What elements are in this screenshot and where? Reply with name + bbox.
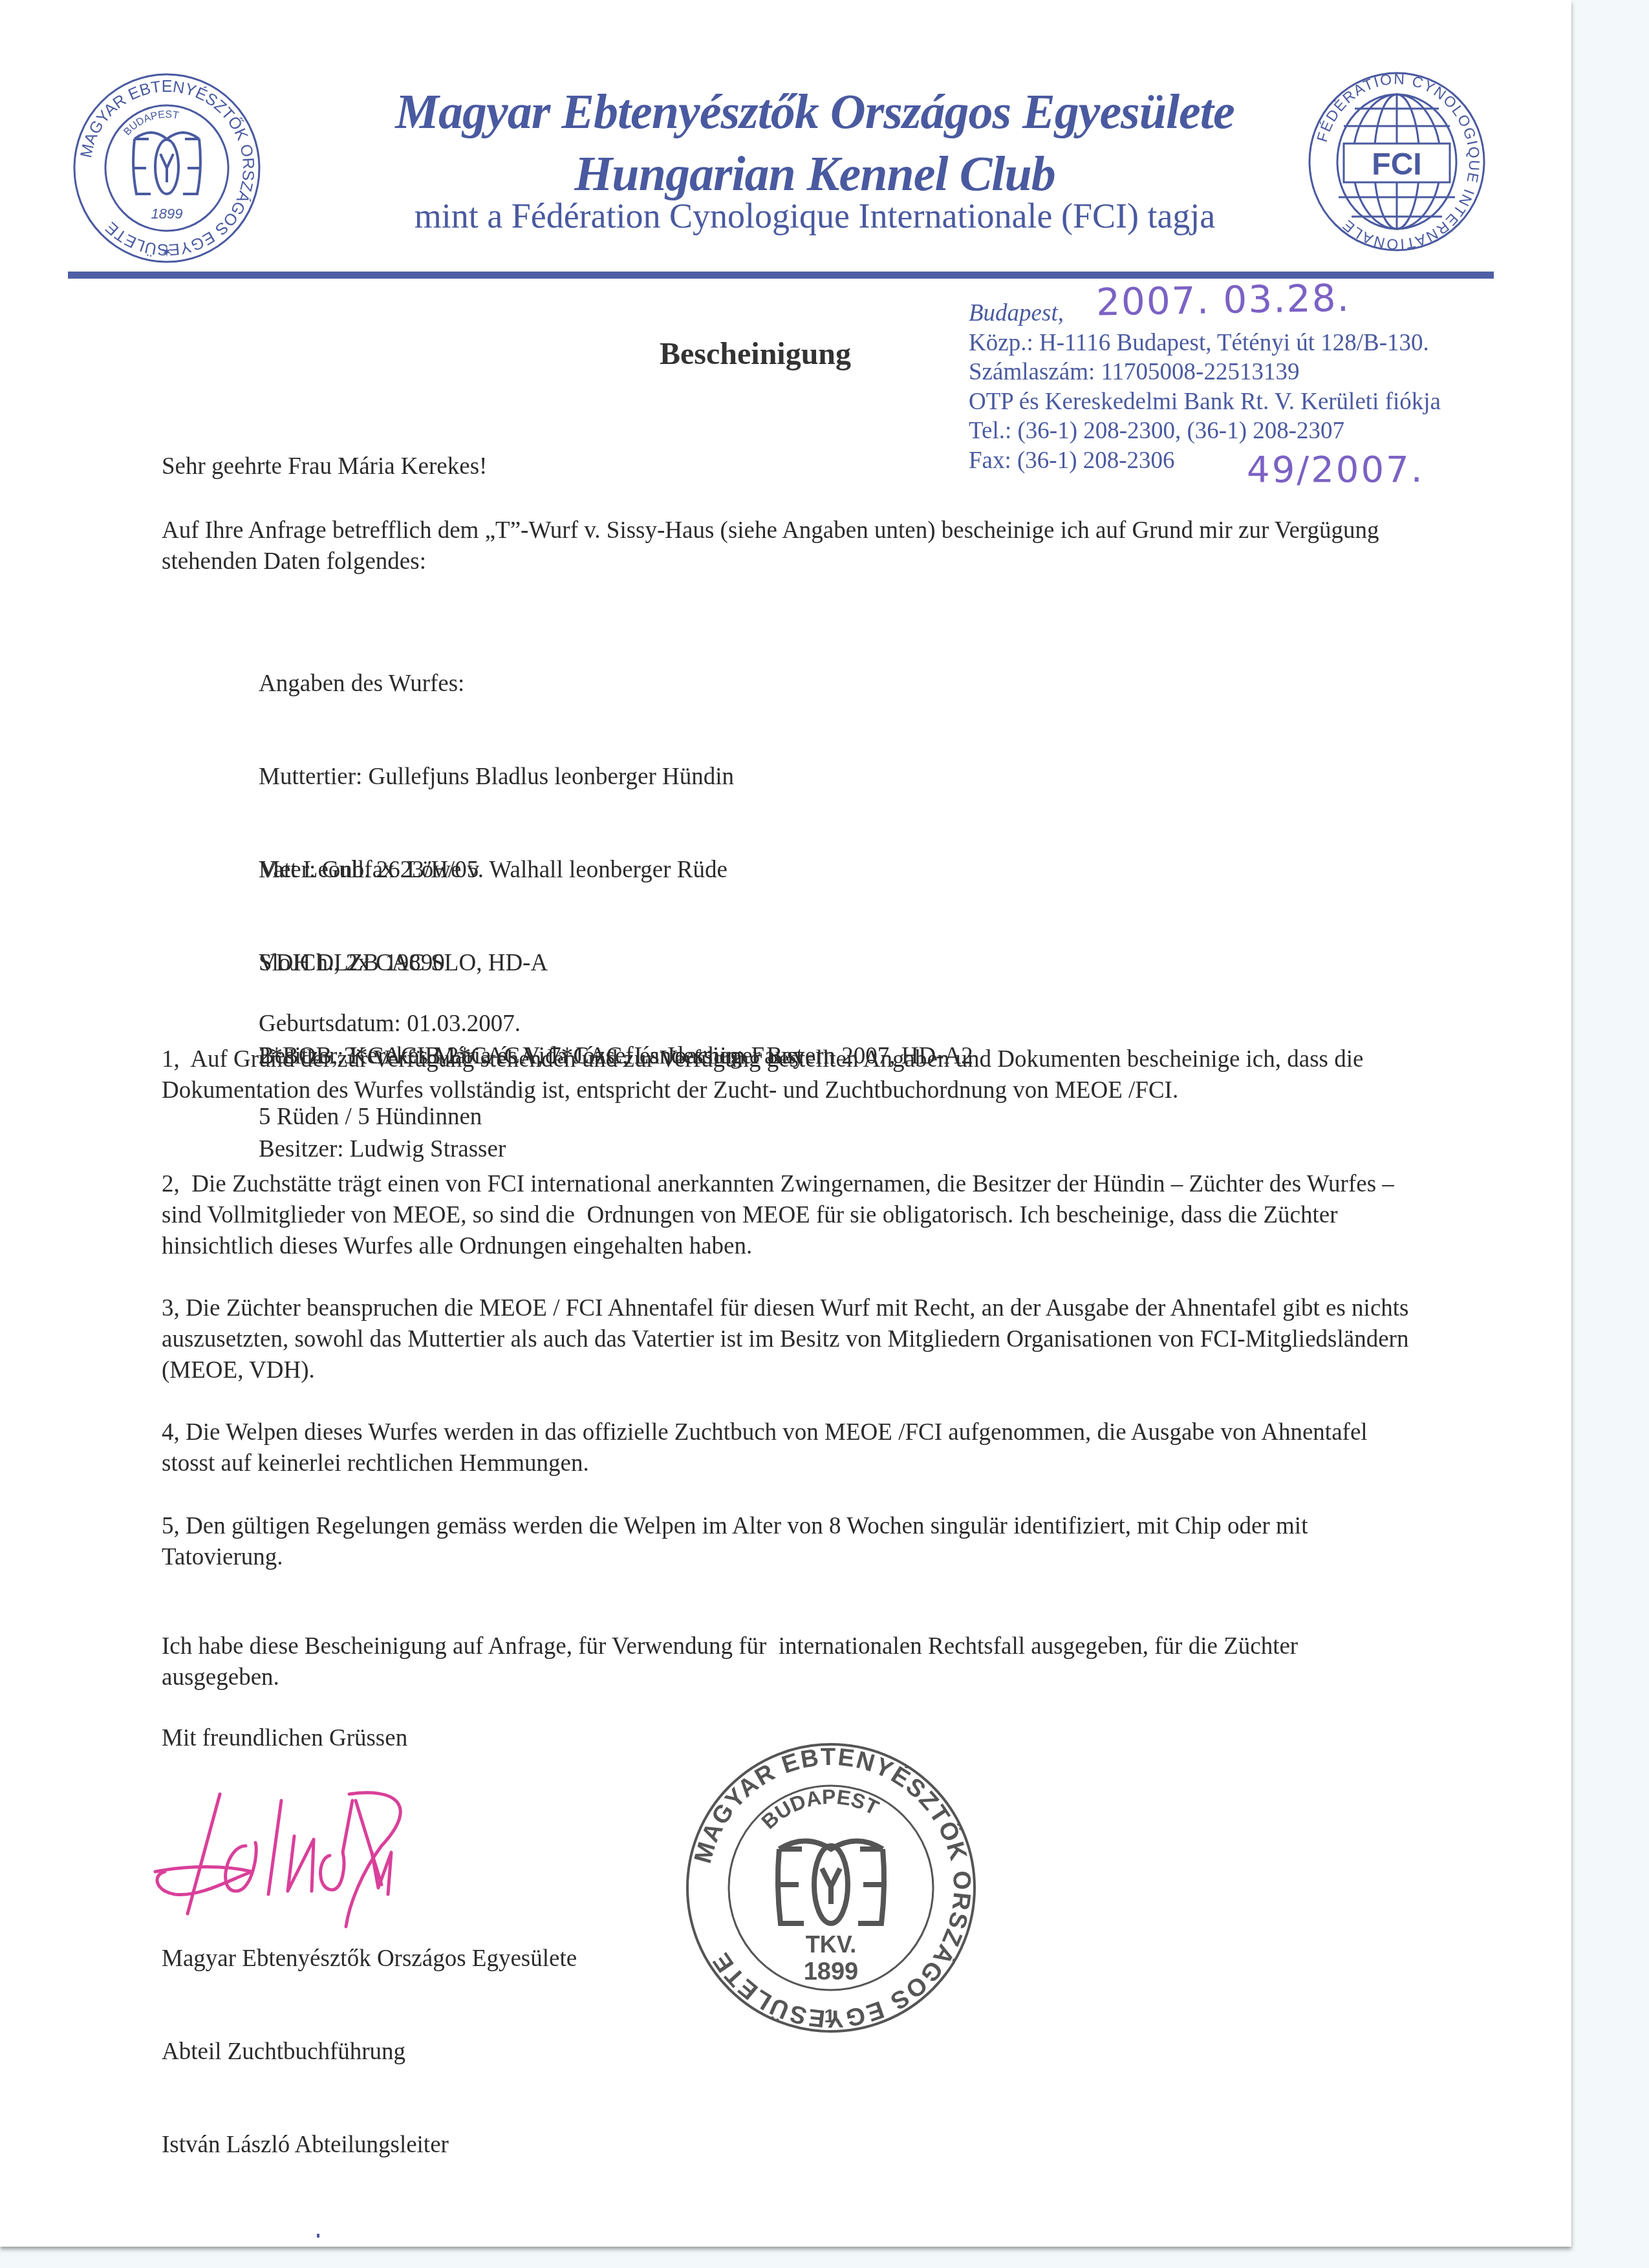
document-title: Bescheinigung (660, 336, 851, 372)
dam-name: Muttertier: Gullefjuns Bladlus leonberge… (259, 762, 1293, 793)
document-page: MAGYAR EBTENYÉSZTŐK ORSZÁGOS EGYESÜLETE … (0, 0, 1571, 2247)
svg-text:✶: ✶ (161, 244, 173, 260)
litter-heading: Angaben des Wurfes: (259, 669, 1293, 700)
signature-icon (149, 1775, 511, 1943)
closing-paragraph: Ich habe diese Bescheinigung auf Anfrage… (162, 1631, 1416, 1693)
intro-paragraph: Auf Ihre Anfrage betrefflich dem „T”-Wur… (162, 515, 1416, 577)
svg-text:FCI: FCI (1372, 147, 1421, 182)
salutation: Sehr geehrte Frau Mária Kerekes! (162, 451, 487, 482)
fci-globe-icon: FÉDÉRATION CYNOLOGIQUE INTERNATIONALE FC… (1306, 71, 1487, 252)
svg-text:TKV.: TKV. (806, 1931, 857, 1958)
handwritten-reference: 49/2007. (1247, 449, 1424, 491)
svg-text:1.: 1. (824, 2006, 840, 2027)
svg-text:1899: 1899 (151, 206, 183, 222)
signer-organization: Magyar Ebtenyésztők Országos Egyesülete (162, 1943, 577, 1974)
signer-department: Abteil Zuchtbuchführung (162, 2037, 577, 2068)
org-name-block: Magyar Ebtenyésztők Országos Egyesülete … (297, 81, 1332, 205)
birth-date: Geburtsdatum: 01.03.2007. (259, 1009, 1293, 1040)
contact-city: Budapest, (969, 299, 1441, 328)
scan-artifact (317, 2234, 319, 2238)
statement-item-3: 3, Die Züchter beanspruchen die MEOE / F… (162, 1293, 1416, 1386)
org-name-hu: Magyar Ebtenyésztők Országos Egyesülete (297, 81, 1332, 143)
contact-address: Közp.: H-1116 Budapest, Tétényi út 128/B… (969, 328, 1441, 358)
statement-item-1: 1, Auf Grund der zur Verfügung stehenden… (162, 1044, 1416, 1106)
svg-text:1899: 1899 (804, 1958, 859, 1985)
statement-item-2: 2, Die Zuchstätte trägt einen von FCI in… (162, 1169, 1416, 1262)
contact-phone: Tel.: (36-1) 208-2300, (36-1) 208-2307 (969, 416, 1441, 446)
statement-item-4: 4, Die Welpen dieses Wurfes werden in da… (162, 1417, 1416, 1479)
regards: Mit freundlichen Grüssen (162, 1723, 407, 1754)
statement-item-5: 5, Den gültigen Regelungen gemäss werden… (162, 1511, 1416, 1573)
puppy-count: 5 Rüden / 5 Hündinnen (259, 1102, 1293, 1133)
meoe-seal-icon: MAGYAR EBTENYÉSZTŐK ORSZÁGOS EGYESÜLETE … (70, 71, 264, 265)
sire-name: Vater: Gullfax Löwe v. Walhall leonberge… (259, 855, 1358, 886)
signer-name-title: István László Abteilungsleiter (162, 2130, 577, 2161)
contact-account: Számlaszám: 11705008-22513139 (969, 358, 1441, 387)
membership-line: mint a Fédération Cynologique Internatio… (297, 195, 1332, 237)
svg-text:BUDAPEST: BUDAPEST (757, 1785, 883, 1834)
contact-bank: OTP és Kereskedelmi Bank Rt. V. Kerületi… (969, 387, 1441, 417)
official-stamp-icon: MAGYAR EBTENYÉSZTŐK ORSZÁGOS EGYESÜLETE … (682, 1739, 980, 2037)
